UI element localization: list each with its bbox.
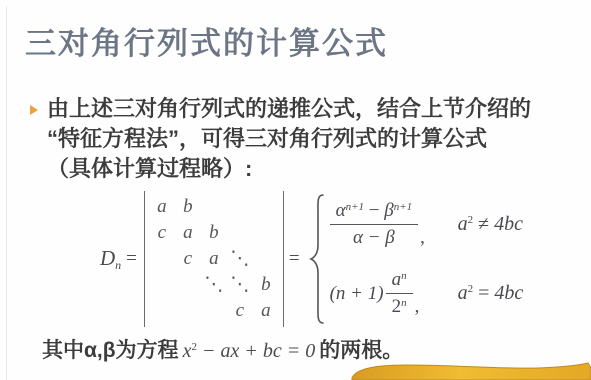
matrix-cell: a bbox=[175, 220, 201, 246]
matrix-row: ca bbox=[149, 298, 279, 324]
matrix-cell: b bbox=[201, 220, 227, 246]
matrix-cell bbox=[201, 298, 227, 324]
matrix-row: ca⋱ bbox=[149, 246, 279, 272]
superscript: n bbox=[401, 270, 407, 282]
matrix-row: ⋱⋱b bbox=[149, 272, 279, 298]
bullet-line-1: 由上述三对角行列式的递推公式，结合上节介绍的 bbox=[47, 94, 575, 124]
matrix-cell bbox=[227, 194, 253, 220]
matrix-cell: c bbox=[175, 246, 201, 272]
equal-op: = bbox=[473, 282, 494, 304]
cases-brace-icon bbox=[309, 193, 325, 325]
matrix-row: ab bbox=[149, 194, 279, 220]
rhs-4bc: 4bc bbox=[494, 282, 523, 304]
slide: 三对角行列式的计算公式 由上述三对角行列式的递推公式，结合上节介绍的 “特征方程… bbox=[0, 0, 591, 380]
matrix-cell: c bbox=[149, 220, 175, 246]
case2-numerator: an bbox=[386, 269, 413, 294]
case2-condition: a2 = 4bc bbox=[458, 282, 524, 305]
minus-op: − bbox=[364, 200, 384, 221]
comma: , bbox=[413, 296, 420, 318]
matrix-row: cab bbox=[149, 220, 279, 246]
superscript: n bbox=[401, 297, 407, 309]
case1-numerator: αn+1 − βn+1 bbox=[330, 200, 419, 225]
matrix-cell: a bbox=[201, 246, 227, 272]
matrix-cell: b bbox=[253, 272, 279, 298]
bullet-line-3: （具体计算过程略）: bbox=[47, 154, 575, 184]
case2-expression: (n + 1) an 2n , bbox=[330, 269, 458, 318]
case1-expression: αn+1 − βn+1 α − β , bbox=[330, 200, 458, 249]
footnote-prefix: 其中α,β为方程 bbox=[42, 334, 179, 364]
matrix-cell bbox=[175, 272, 201, 298]
case2-denominator: 2n bbox=[392, 294, 407, 318]
matrix-cell: ⋱ bbox=[227, 246, 253, 272]
gold-swoosh-graphic bbox=[338, 360, 591, 380]
matrix-cell bbox=[149, 246, 175, 272]
not-equal-op: ≠ bbox=[473, 213, 494, 235]
symbol-D: D bbox=[100, 246, 115, 270]
matrix-cell: a bbox=[149, 194, 175, 220]
matrix-cell bbox=[253, 194, 279, 220]
matrix-cell: c bbox=[227, 298, 253, 324]
matrix-cell: ⋱ bbox=[227, 272, 253, 298]
matrix-cell: ⋱ bbox=[201, 272, 227, 298]
footnote-equation: x2 − ax + bc = 0 bbox=[179, 340, 320, 363]
bullet-line-2: “特征方程法”，可得三对角行列式的计算公式 bbox=[47, 124, 575, 154]
symbol-a: a bbox=[458, 213, 468, 235]
matrix-cell bbox=[175, 298, 201, 324]
symbol-beta: β bbox=[384, 200, 393, 221]
superscript: n+1 bbox=[394, 201, 412, 213]
bullet-triangle-icon bbox=[30, 105, 38, 115]
case2-fraction: an 2n bbox=[386, 269, 413, 318]
matrix-cell bbox=[253, 220, 279, 246]
comma: , bbox=[418, 227, 425, 249]
symbol-alpha: α bbox=[336, 200, 346, 221]
slide-left-edge bbox=[6, 6, 7, 380]
matrix-cell bbox=[149, 298, 175, 324]
symbol-a: a bbox=[458, 282, 468, 304]
case1-fraction: αn+1 − βn+1 α − β bbox=[330, 200, 419, 249]
formula-lhs: Dn bbox=[100, 246, 121, 273]
equation-rest: − ax + bc = 0 bbox=[197, 340, 315, 362]
determinant-formula: Dn = ab cab ca⋱ ⋱⋱b ca = bbox=[100, 188, 523, 330]
slide-title: 三对角行列式的计算公式 bbox=[25, 18, 388, 63]
number-2: 2 bbox=[392, 296, 402, 317]
matrix-cell bbox=[227, 220, 253, 246]
case2-prefix: (n + 1) bbox=[330, 283, 386, 305]
matrix-cell: b bbox=[175, 194, 201, 220]
bullet-paragraph: 由上述三对角行列式的递推公式，结合上节介绍的 “特征方程法”，可得三对角行列式的… bbox=[30, 94, 575, 184]
matrix-cell bbox=[201, 194, 227, 220]
matrix-cell bbox=[253, 246, 279, 272]
symbol-a: a bbox=[392, 269, 402, 290]
superscript: n+1 bbox=[346, 201, 364, 213]
rhs-4bc: 4bc bbox=[494, 213, 523, 235]
case1-condition: a2 ≠ 4bc bbox=[458, 213, 524, 236]
matrix-cell bbox=[149, 272, 175, 298]
matrix-cell: a bbox=[253, 298, 279, 324]
piecewise-cases: αn+1 − βn+1 α − β , a2 ≠ 4bc (n + 1) an … bbox=[330, 200, 524, 318]
equals-sign-1: = bbox=[121, 248, 142, 270]
equals-sign-2: = bbox=[284, 248, 305, 270]
case1-denominator: α − β bbox=[353, 225, 395, 249]
tridiagonal-determinant: ab cab ca⋱ ⋱⋱b ca bbox=[144, 191, 284, 327]
